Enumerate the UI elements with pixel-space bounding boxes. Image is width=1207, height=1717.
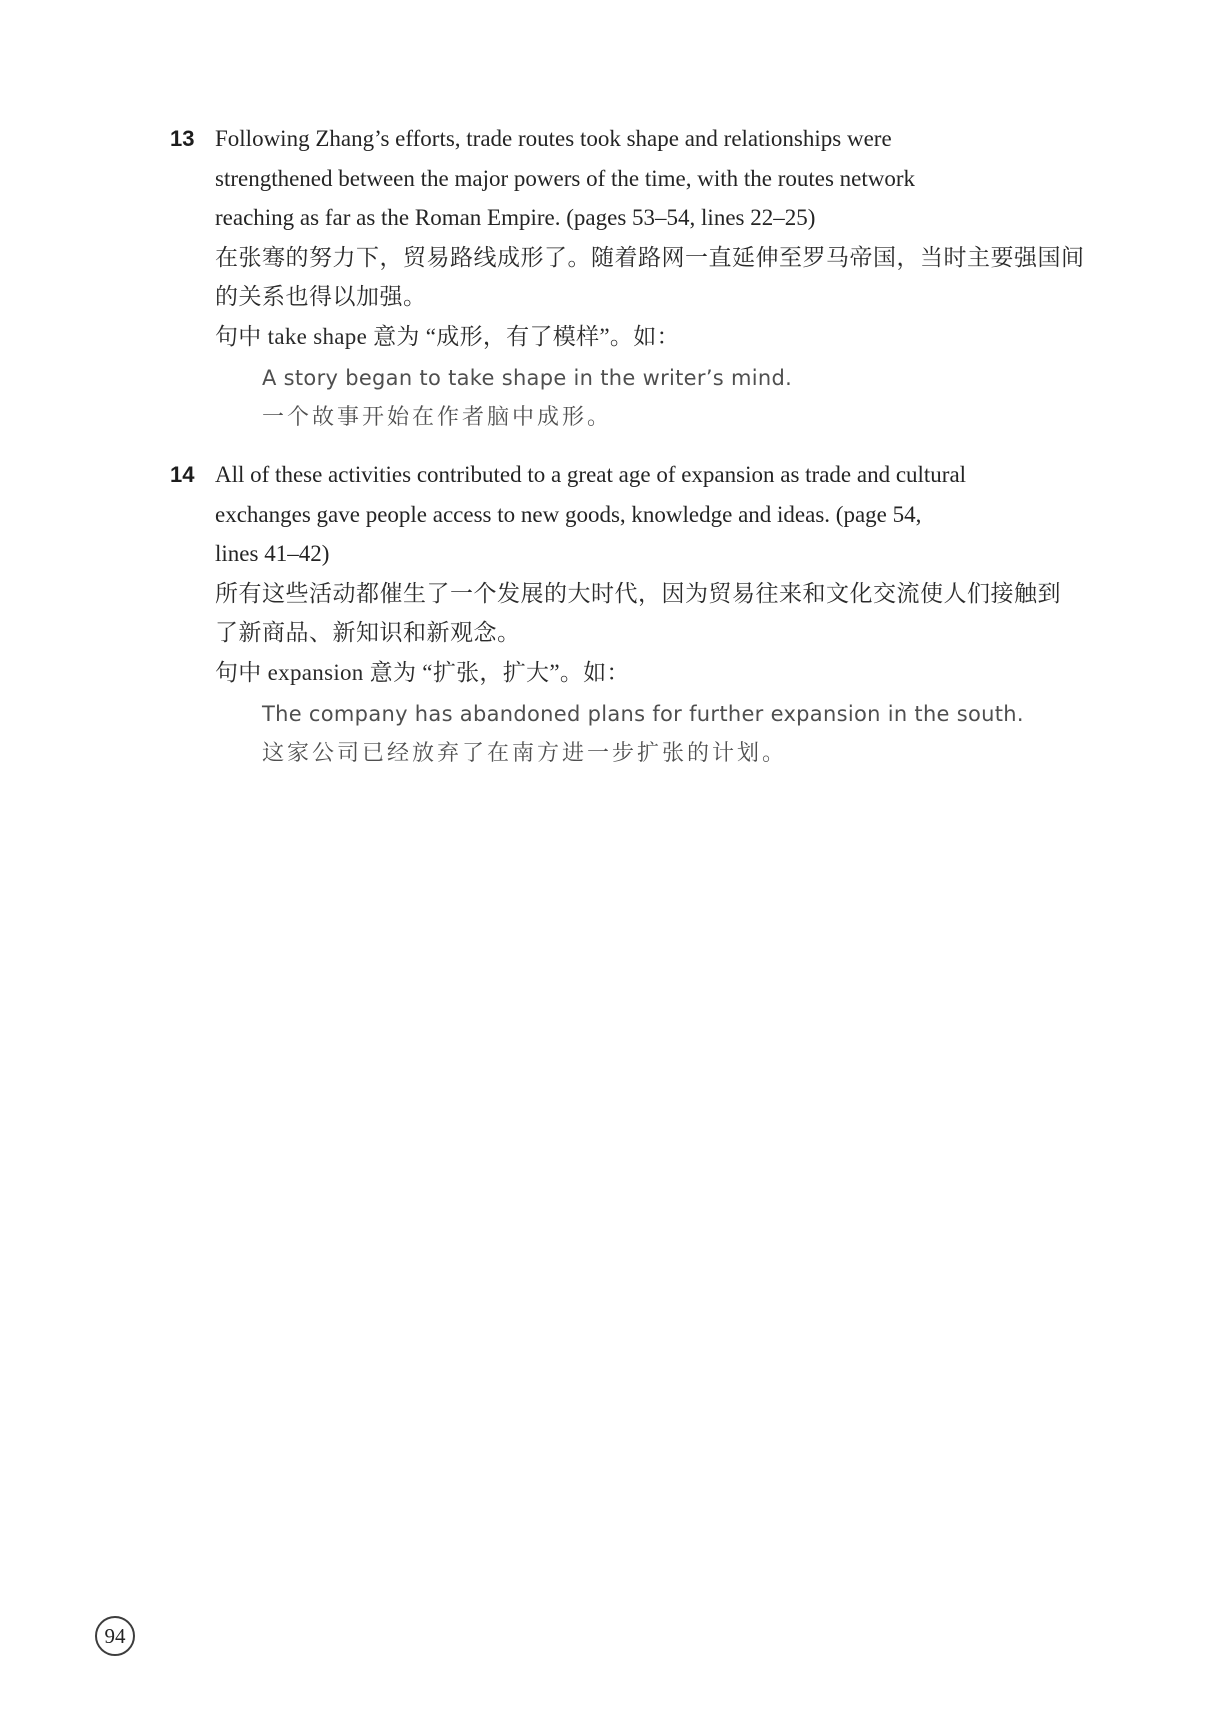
usage-note: 句中 expansion 意为 “扩张，扩大”。如：: [215, 653, 1085, 693]
chinese-translation-line: 了新商品、新知识和新观念。: [215, 613, 1085, 653]
english-sentence-line: reaching as far as the Roman Empire. (pa…: [215, 198, 1085, 238]
example-chinese: 一个故事开始在作者脑中成形。: [262, 398, 1085, 438]
chinese-translation-line: 在张骞的努力下，贸易路线成形了。随着路网一直延伸至罗马帝国，当时主要强国间: [215, 238, 1085, 278]
english-sentence-line: lines 41–42): [215, 534, 1085, 574]
english-sentence-line: Following Zhang’s efforts, trade routes …: [215, 119, 1085, 159]
usage-note: 句中 take shape 意为 “成形，有了模样”。如：: [215, 317, 1085, 357]
item-number: 13: [170, 119, 215, 159]
item-number: 14: [170, 455, 215, 495]
chinese-translation-line: 的关系也得以加强。: [215, 277, 1085, 317]
note-item-13: 13 Following Zhang’s efforts, trade rout…: [170, 119, 1085, 438]
example-block: A story began to take shape in the write…: [262, 358, 1085, 438]
note-item-14: 14 All of these activities contributed t…: [170, 455, 1085, 774]
example-english: A story began to take shape in the write…: [262, 358, 1085, 398]
example-chinese: 这家公司已经放弃了在南方进一步扩张的计划。: [262, 734, 1085, 774]
english-sentence-line: exchanges gave people access to new good…: [215, 495, 1085, 535]
example-block: The company has abandoned plans for furt…: [262, 694, 1085, 774]
page-number-badge: 94: [95, 1616, 135, 1656]
item-body: Following Zhang’s efforts, trade routes …: [215, 119, 1085, 438]
english-sentence-line: All of these activities contributed to a…: [215, 455, 1085, 495]
content-area: 13 Following Zhang’s efforts, trade rout…: [170, 119, 1085, 774]
chinese-translation-line: 所有这些活动都催生了一个发展的大时代，因为贸易往来和文化交流使人们接触到: [215, 574, 1085, 614]
example-english: The company has abandoned plans for furt…: [262, 694, 1085, 734]
item-body: All of these activities contributed to a…: [215, 455, 1085, 774]
english-sentence-line: strengthened between the major powers of…: [215, 159, 1085, 199]
page-number: 94: [105, 1624, 126, 1649]
document-page: 13 Following Zhang’s efforts, trade rout…: [0, 0, 1207, 1717]
